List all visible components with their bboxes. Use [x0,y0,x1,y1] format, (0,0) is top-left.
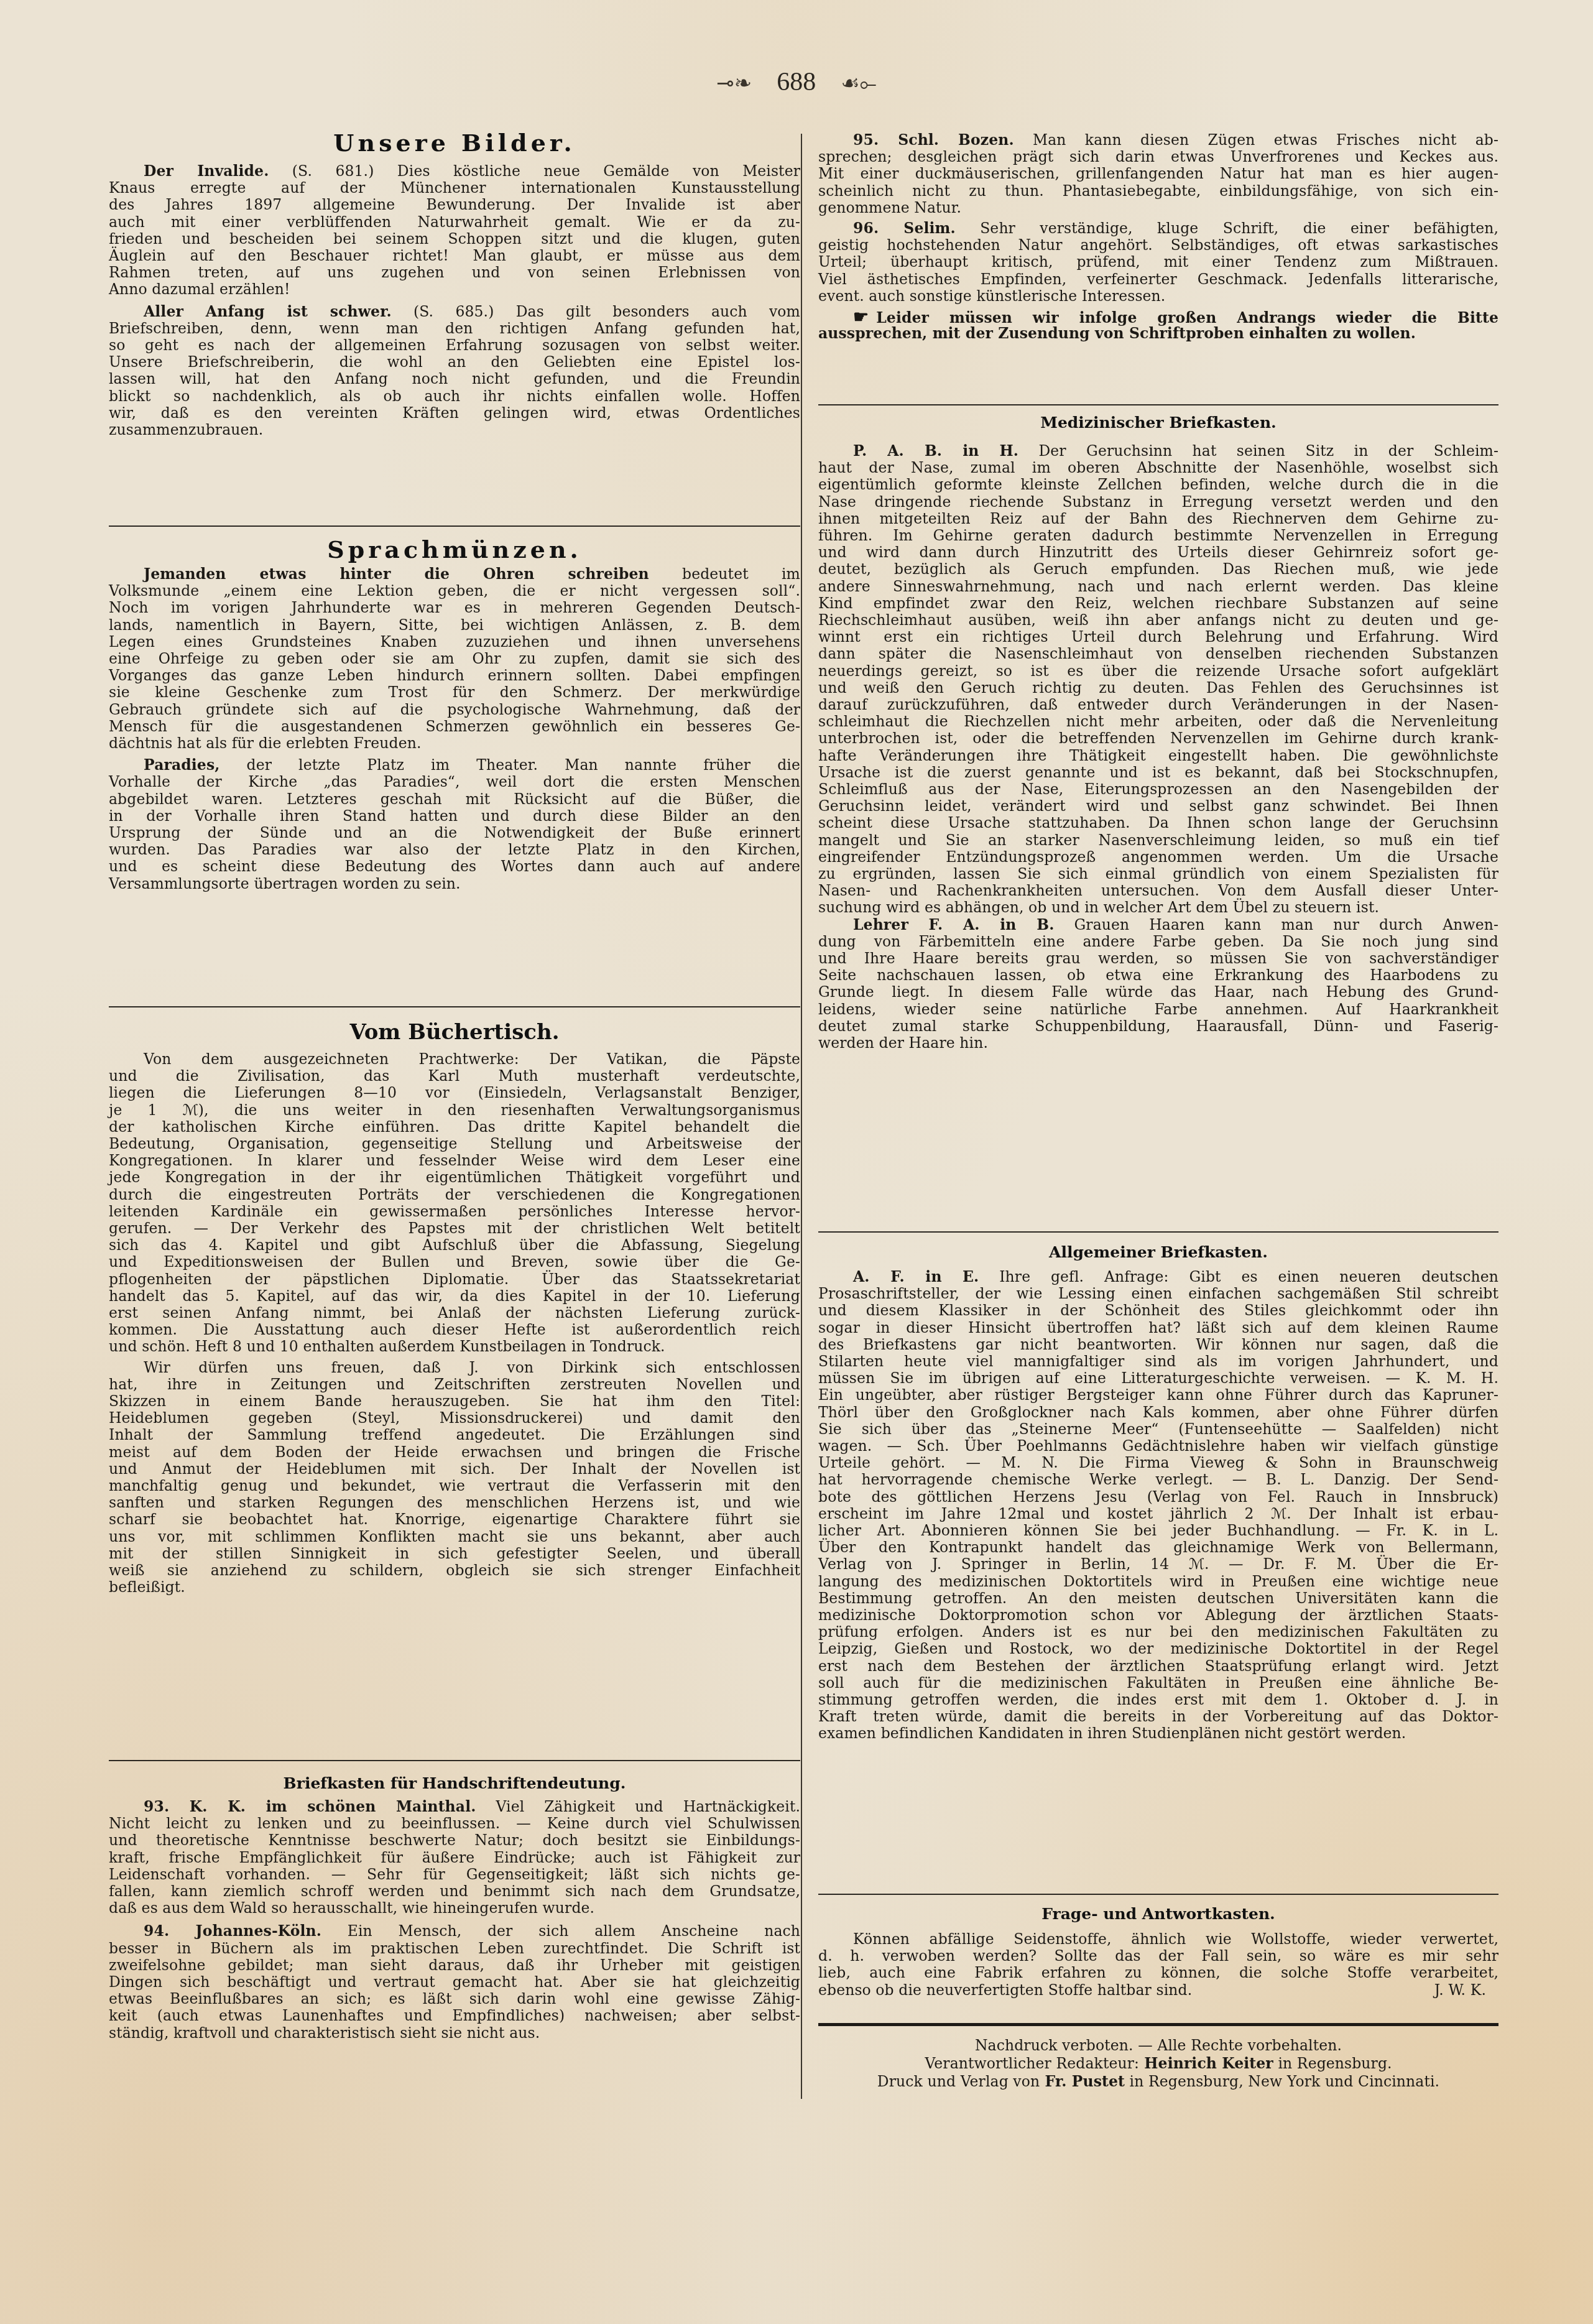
text-line: Leipzig, Gießen und Rostock, wo der medi… [818,1641,1498,1657]
line-text: des Jahres 1897 allgemeine Bewunderung. … [109,196,800,213]
line-text: mangelt und Sie an starker Nasenverschle… [818,831,1498,849]
line-text: eine Ohrfeige zu geben oder sie am Ohr z… [109,650,800,667]
text-line: und schön. Heft 8 und 10 enthalten außer… [109,1338,800,1355]
text-line: 95. Schl. Bozen. Man kann diesen Zügen e… [818,132,1498,149]
text-line: zweifelsohne gebildet; man sieht daraus,… [109,1957,800,1974]
line-text: Kind empfindet zwar den Reiz, welchen ri… [818,595,1498,612]
text-line: haut der Nase, zumal im oberen Abschnitt… [818,460,1498,476]
line-text: Stilarten heute viel mannigfaltiger sind… [818,1353,1498,1370]
text-line: handelt das 5. Kapitel, auf das wir, da … [109,1288,800,1305]
line-text: Versammlungsorte übertragen worden zu se… [109,875,461,892]
text-line: und Anmut der Heideblumen mit sich. Der … [109,1461,800,1478]
line-text: lieb, auch eine Fabrik erfahren zu könne… [818,1964,1498,1981]
section-rule [109,1006,800,1007]
line-text: des Briefkastens gar nicht beantworten. … [818,1336,1498,1353]
line-text: Sie sich über das „Steinerne Meer“ (Funt… [818,1420,1498,1438]
line-text: medizinische Doktorpromotion schon vor A… [818,1606,1498,1624]
text-line: Bedeutung, Organisation, gegenseitige St… [109,1136,800,1152]
text-line: stimmung getroffen werden, die indes ers… [818,1692,1498,1708]
text-line: soll auch für die medizinischen Fakultät… [818,1675,1498,1692]
line-text: eigentümlich geformte kleinste Zellchen … [818,476,1498,493]
text-line: geistig hochstehenden Natur angehört. Se… [818,237,1498,254]
line-text: frieden und bescheiden bei seinem Schopp… [109,230,800,248]
text-line: ebenso ob die neuverfertigten Stoffe hal… [818,1982,1498,1999]
line-text: besser in Büchern als im praktischen Leb… [109,1940,800,1957]
line-text: (S. 685.) Das gilt besonders auch vom [413,303,800,320]
text-line: kommen. Die Ausstattung auch dieser Heft… [109,1322,800,1338]
line-text: Noch im vorigen Jahrhunderte war es in m… [109,599,800,616]
page-number: ⊸❧688☙⟜ [0,67,1593,97]
text-line: liegen die Lieferungen 8—10 vor (Einsied… [109,1085,800,1101]
text-line: Geruchsinn leidet, verändert wird und se… [818,798,1498,815]
line-text: führen. Im Gehirne geraten dadurch besti… [818,527,1498,544]
line-text: Knaus erregte auf der Münchener internat… [109,179,800,197]
line-text: Dingen sich beschäftigt und vertraut gem… [109,1973,800,1991]
entry-lead: P. A. B. in H. [853,442,1018,460]
text-line: müssen Sie im übrigen auf eine Litteratu… [818,1370,1498,1387]
line-text: kommen. Die Ausstattung auch dieser Heft… [109,1321,800,1338]
line-text: Äuglein auf den Beschauer richtet! Man g… [109,247,800,264]
line-text: sogar in dieser Hinsicht übertroffen hat… [818,1319,1498,1336]
text-line: keit (auch etwas Launenhaftes und Empfin… [109,2007,800,2024]
line-text: liegen die Lieferungen 8—10 vor (Einsied… [109,1084,800,1101]
line-text: und Anmut der Heideblumen mit sich. Der … [109,1460,800,1478]
line-text: deutet, bezüglich als Geruch empfunden. … [818,560,1498,578]
line-text: darauf zurückzuführen, daß entweder durc… [818,696,1498,713]
text-line: Seite nachschauen lassen, ob etwa eine E… [818,967,1498,984]
text-line: und es scheint diese Bedeutung des Worte… [109,858,800,875]
line-text: (S. 681.) Dies köstliche neue Gemälde vo… [292,162,800,180]
line-text: Wir dürfen uns freuen, daß J. von Dirkin… [144,1359,800,1376]
text-line: Jemanden etwas hinter die Ohren schreibe… [109,566,800,583]
line-text: pflogenheiten der päpstlichen Diplomatie… [109,1271,800,1288]
text-line: mit der stillen Sinnigkeit in sich gefes… [109,1545,800,1562]
text-line: in der Vorhalle ihren Stand hatten und d… [109,808,800,825]
text-line: blickt so nachdenklich, als ob auch ihr … [109,388,800,405]
line-text: und Ihre Haare bereits grau werden, so m… [818,950,1498,967]
text-line: erscheint im Jahre 12mal und kostet jähr… [818,1506,1498,1522]
text-line: fallen, kann ziemlich schroff werden und… [109,1883,800,1900]
line-text: Ursache ist die zuerst genannte und ist … [818,764,1498,781]
section-rule [818,1231,1498,1233]
text-line: Nicht leicht zu lenken und zu beeinfluss… [109,1815,800,1832]
text-line: ständig, kraftvoll und charakteristisch … [109,2025,800,2042]
text-line: bote des göttlichen Herzens Jesu (Verlag… [818,1489,1498,1506]
line-text: Nasen- und Rachenkrankheiten untersuchen… [818,882,1498,899]
line-text: stimmung getroffen werden, die indes ers… [818,1691,1498,1708]
line-text: Ursprung der Sünde und an die Notwendigk… [109,824,800,841]
line-text: Unsere Briefschreiberin, die wohl an den… [109,353,800,371]
line-text: unterbrochen ist, oder die betreffenden … [818,729,1498,747]
entry-lead: Paradies, [144,756,220,774]
text-line: Kind empfindet zwar den Reiz, welchen ri… [818,595,1498,612]
line-text: dächtnis hat als für die erlebten Freude… [109,734,421,752]
line-text: suchung wird es abhängen, ob und in welc… [818,899,1379,916]
text-line: Rahmen treten, auf uns zugehen und von s… [109,264,800,281]
line-text: dann später die Nasenschleimhaut von den… [818,645,1498,662]
line-text: lassen will, hat den Anfang noch nicht g… [109,370,800,387]
text-line: sogar in dieser Hinsicht übertroffen hat… [818,1320,1498,1336]
entry-lead: 94. Johannes-Köln. [144,1922,321,1940]
text-line: dächtnis hat als für die erlebten Freude… [109,735,800,752]
text-line: Leidenschaft vorhanden. — Sehr für Gegen… [109,1866,800,1883]
line-text: meist auf dem Boden der Heide erwachsen … [109,1443,800,1461]
text-line: Urteil; überhaupt kritisch, prüfend, mit… [818,254,1498,271]
line-text: Von dem ausgezeichneten Prachtwerke: Der… [144,1050,800,1068]
line-text: der katholischen Kirche einführen. Das d… [109,1118,800,1136]
text-line: und Ihre Haare bereits grau werden, so m… [818,950,1498,967]
text-line: Aller Anfang ist schwer. (S. 685.) Das g… [109,303,800,320]
text-line: so geht es nach der allgemeinen Erfahrun… [109,337,800,354]
entry-lead: Jemanden etwas hinter die Ohren schreibe… [144,565,649,583]
imprint-text: in Regensburg. [1273,2055,1392,2072]
text-line: scharf sie beobachtet hat. Knorrige, eig… [109,1511,800,1528]
text-line: lieb, auch eine Fabrik erfahren zu könne… [818,1965,1498,1981]
text-line: P. A. B. in H. Der Geruchsinn hat seinen… [818,443,1498,460]
text-line: medizinische Doktorpromotion schon vor A… [818,1607,1498,1624]
text-line: Über den Kontrapunkt handelt das gleichn… [818,1539,1498,1556]
imprint-text: Druck und Verlag von [877,2073,1040,2090]
text-line: langung des medizinischen Doktortitels w… [818,1573,1498,1590]
notice-line: aussprechen, mit der Zusendung von Schri… [818,325,1498,342]
line-text: ebenso ob die neuverfertigten Stoffe hal… [818,1981,1192,1999]
text-line: 93. K. K. im schönen Mainthal. Viel Zähi… [109,1799,800,1815]
text-line: darauf zurückzuführen, daß entweder durc… [818,697,1498,713]
line-text: Anno dazumal erzählen! [109,280,290,298]
line-text: Prosaschriftsteller, der wie Lessing ein… [818,1285,1498,1302]
section-rule [818,2023,1498,2026]
text-line: der katholischen Kirche einführen. Das d… [109,1119,800,1136]
line-text: handelt das 5. Kapitel, auf das wir, da … [109,1287,800,1305]
line-text: der letzte Platz im Theater. Man nannte … [247,756,800,774]
text-line: besser in Büchern als im praktischen Leb… [109,1940,800,1957]
text-line: d. h. verwoben werden? Sollte das der Fa… [818,1948,1498,1965]
text-line: hafte Veränderungen ihre Thätigkeit eing… [818,748,1498,764]
text-line: gerufen. — Der Verkehr des Papstes mit d… [109,1220,800,1237]
line-text: Können abfällige Seidenstoffe, ähnlich w… [853,1930,1498,1948]
text-line: Lehrer F. A. in B. Grauen Haaren kann ma… [818,917,1498,933]
text-line: Stilarten heute viel mannigfaltiger sind… [818,1353,1498,1370]
line-text: müssen Sie im übrigen auf eine Litteratu… [818,1369,1498,1387]
imprint-text: Verantwortlicher Redakteur: [925,2055,1139,2072]
line-text: deutet zumal starke Schuppenbildung, Haa… [818,1017,1498,1035]
text-line: Briefschreiben, denn, wenn man den richt… [109,320,800,337]
line-text: Ein ungeübter, aber rüstiger Bergsteiger… [818,1386,1498,1404]
line-text: erscheint im Jahre 12mal und kostet jähr… [818,1505,1498,1522]
line-text: neuerdings gereizt, so ist es über die r… [818,662,1498,680]
text-line: Skizzen in einem Bande herauszugeben. Si… [109,1393,800,1410]
line-text: und wird dann durch Hinzutritt des Urtei… [818,544,1498,561]
line-text: Bedeutung, Organisation, gegenseitige St… [109,1135,800,1152]
text-line: leitenden Kardinäle ein gewissermaßen pe… [109,1203,800,1220]
line-text: uns vor, mit schlimmen Konflikten macht … [109,1528,800,1545]
entry-lead: 93. K. K. im schönen Mainthal. [144,1798,476,1815]
entry-lead: 95. Schl. Bozen. [853,131,1014,149]
text-line: sanften und starken Regungen des menschl… [109,1494,800,1511]
imprint-text: in Regensburg, New York und Cincinnati. [1125,2073,1439,2090]
line-text: und theoretische Kenntnisse beschwerte N… [109,1831,800,1849]
line-text: Man kann diesen Zügen etwas Frisches nic… [1033,131,1498,149]
line-text: Schleimfluß aus der Nase, Eiterungsproze… [818,780,1498,798]
entry-lead: Aller Anfang ist schwer. [144,303,392,320]
line-text: langung des medizinischen Doktortitels w… [818,1573,1498,1590]
line-text: Volksmunde „einem eine Lektion geben, di… [109,582,800,600]
section-heading: Vom Büchertisch. [109,1019,800,1046]
section-heading: Briefkasten für Handschriftendeutung. [109,1772,800,1795]
line-text: Heideblumen gegeben (Steyl, Missionsdruc… [109,1409,800,1427]
section-rule [109,525,800,527]
line-text: Der Geruchsinn hat seinen Sitz in der Sc… [1038,442,1498,460]
text-line: prüfung erfolgen. Anders ist es nur bei … [818,1624,1498,1641]
line-text: je 1 ℳ), die uns weiter in den riesenhaf… [109,1101,800,1119]
text-line: Dingen sich beschäftigt und vertraut gem… [109,1974,800,1991]
line-text: lands, namentlich in Bayern, Sitte, bei … [109,616,800,634]
line-text: leitenden Kardinäle ein gewissermaßen pe… [109,1203,800,1220]
text-line: leidens, wieder seine natürliche Farbe a… [818,1001,1498,1018]
text-line: durch die eingestreuten Porträts der ver… [109,1187,800,1203]
text-line: dung von Färbemitteln eine andere Farbe … [818,933,1498,950]
line-text: winnt erst ein richtiges Urteil durch Be… [818,628,1498,646]
entry-lead: Lehrer F. A. in B. [853,916,1054,933]
line-text: Über den Kontrapunkt handelt das gleichn… [818,1539,1498,1556]
text-line: zu ergründen, lassen Sie sich einmal grü… [818,866,1498,882]
line-text: jede Kongregation in der ihr eigentümlic… [109,1169,800,1186]
text-line: eigentümlich geformte kleinste Zellchen … [818,476,1498,493]
line-text: geistig hochstehenden Natur angehört. Se… [818,236,1498,254]
text-line: genommene Natur. [818,200,1498,216]
notice-text: aussprechen, mit der Zusendung von Schri… [818,325,1416,342]
text-line: Volksmunde „einem eine Lektion geben, di… [109,583,800,600]
line-text: Skizzen in einem Bande herauszugeben. Si… [109,1392,800,1410]
line-text: prüfung erfolgen. Anders ist es nur bei … [818,1623,1498,1641]
text-line: Prosaschriftsteller, der wie Lessing ein… [818,1285,1498,1302]
text-line: hat, ihre in Zeitungen und Zeitschriften… [109,1376,800,1393]
line-text: schleimhaut die Riechzellen nicht mehr a… [818,713,1498,730]
line-text: sanften und starken Regungen des menschl… [109,1494,800,1511]
line-text: Vorhalle der Kirche „das Paradies“, weil… [109,773,800,790]
ornament-left-icon: ⊸❧ [716,72,752,95]
text-line: schleimhaut die Riechzellen nicht mehr a… [818,713,1498,730]
text-line: Bestimmung getroffen. An den meisten deu… [818,1590,1498,1607]
line-text: Nicht leicht zu lenken und zu beeinfluss… [109,1815,800,1832]
text-line: Wir dürfen uns freuen, daß J. von Dirkin… [109,1359,800,1376]
line-text: Thörl über den Großglockner nach Kals ko… [818,1404,1498,1421]
line-text: Kraft treten würde, damit die bereits in… [818,1708,1498,1725]
signature: J. W. K. [1434,1982,1486,1999]
pointing-hand-icon: ☛ [853,308,869,325]
line-text: gerufen. — Der Verkehr des Papstes mit d… [109,1220,800,1237]
line-text: Leipzig, Gießen und Rostock, wo der medi… [818,1640,1498,1657]
text-line: deutet, bezüglich als Geruch empfunden. … [818,561,1498,578]
line-text: wir, daß es den vereinten Kräften geling… [109,404,800,422]
text-line: eine Ohrfeige zu geben oder sie am Ohr z… [109,650,800,667]
text-line: Können abfällige Seidenstoffe, ähnlich w… [818,1931,1498,1948]
line-text: wagen. — Sch. Über Poehlmanns Gedächtnis… [818,1437,1498,1455]
text-line: Ursprung der Sünde und an die Notwendigk… [109,825,800,841]
line-text: scheinlich nicht zu thun. Phantasiebegab… [818,182,1498,200]
text-line: Mit einer duckmäuserischen, grillenfange… [818,165,1498,182]
text-line: und weiß den Geruch richtig zu deuten. D… [818,680,1498,697]
line-text: Mensch für die ausgestandenen Schmerzen … [109,718,800,735]
line-text: etwas Beeinflußbares an sich; es läßt si… [109,1990,800,2007]
line-text: mit der stillen Sinnigkeit in sich gefes… [109,1545,800,1562]
text-line: erst nach dem Bestehen der ärztlichen St… [818,1658,1498,1675]
text-line: und wird dann durch Hinzutritt des Urtei… [818,544,1498,561]
line-text: Leidenschaft vorhanden. — Sehr für Gegen… [109,1866,800,1883]
text-line: Knaus erregte auf der Münchener internat… [109,180,800,197]
line-text: zweifelsohne gebildet; man sieht daraus,… [109,1956,800,1974]
text-line: Äuglein auf den Beschauer richtet! Man g… [109,248,800,264]
line-text: und diesem Klassiker in der Schönheit de… [818,1302,1498,1319]
text-line: Urteile gehört. — M. N. Die Firma Vieweg… [818,1455,1498,1471]
line-text: sie kleine Geschenke zum Trost für den S… [109,683,800,701]
text-line: Von dem ausgezeichneten Prachtwerke: Der… [109,1051,800,1068]
line-text: erst nach dem Bestehen der ärztlichen St… [818,1657,1498,1675]
line-text: Nase dringende riechende Substanz in Err… [818,493,1498,511]
text-line: Schleimfluß aus der Nase, Eiterungsproze… [818,781,1498,798]
line-text: und es scheint diese Bedeutung des Worte… [109,858,800,875]
line-text: Legen eines Grundsteines Knaben zuzuzieh… [109,633,800,650]
text-line: führen. Im Gehirne geraten dadurch besti… [818,527,1498,544]
section-heading: Sprachmünzen. [109,536,800,563]
text-line: des Jahres 1897 allgemeine Bewunderung. … [109,197,800,213]
text-line: Inhalt der Sammlung treffend angedeutet.… [109,1427,800,1443]
section-rule [109,1760,800,1761]
text-line: A. F. in E. Ihre gefl. Anfrage: Gibt es … [818,1269,1498,1285]
text-line: Mensch für die ausgestandenen Schmerzen … [109,718,800,735]
line-text: fallen, kann ziemlich schroff werden und… [109,1882,800,1900]
section-rule [818,1894,1498,1895]
text-line: scheinlich nicht zu thun. Phantasiebegab… [818,183,1498,200]
text-line: sich das 4. Kapitel und gibt Aufschluß ü… [109,1237,800,1254]
text-line: Vorganges das ganze Leben hindurch erinn… [109,667,800,684]
text-line: Der Invalide. (S. 681.) Dies köstliche n… [109,163,800,180]
text-line: hat hervorragende chemische Werke verleg… [818,1471,1498,1488]
text-line: lassen will, hat den Anfang noch nicht g… [109,371,800,387]
line-text: Bestimmung getroffen. An den meisten deu… [818,1590,1498,1607]
text-line: Noch im vorigen Jahrhunderte war es in m… [109,600,800,616]
text-line: auch mit einer verblüffenden Naturwahrhe… [109,214,800,231]
imprint-line-2: Verantwortlicher Redakteur: Heinrich Kei… [818,2055,1498,2072]
text-line: andere Sinneswahrnehmung, nach und nach … [818,578,1498,595]
text-line: Thörl über den Großglockner nach Kals ko… [818,1404,1498,1421]
line-text: Briefschreiben, denn, wenn man den richt… [109,320,800,337]
line-text: genommene Natur. [818,199,961,216]
text-line: ihnen mitgeteilten Reiz auf der Bahn des… [818,511,1498,527]
notice-line: ☛Leider müssen wir infolge großen Andran… [818,308,1498,325]
line-text: zu ergründen, lassen Sie sich einmal grü… [818,865,1498,882]
line-text: Viel Zähigkeit und Hartnäckigkeit. [496,1798,800,1815]
imprint-line-3: Druck und Verlag von Fr. Pustet in Regen… [818,2073,1498,2090]
text-line: Nasen- und Rachenkrankheiten untersuchen… [818,882,1498,899]
text-line: Ein ungeübter, aber rüstiger Bergsteiger… [818,1387,1498,1404]
line-text: eingreifender Entzündungsprozeß angenomm… [818,848,1498,866]
publisher-name: Fr. Pustet [1040,2073,1125,2090]
text-line: Sie sich über das „Steinerne Meer“ (Funt… [818,1421,1498,1438]
text-line: examen befindlichen Kandidaten in ihren … [818,1725,1498,1742]
line-text: Kongregationen. In klarer und fesselnder… [109,1152,800,1169]
text-line: und die Zivilisation, das Karl Muth must… [109,1068,800,1085]
line-text: bote des göttlichen Herzens Jesu (Verlag… [818,1488,1498,1506]
text-line: des Briefkastens gar nicht beantworten. … [818,1336,1498,1353]
line-text: keit (auch etwas Launenhaftes und Empfin… [109,2007,800,2024]
text-line: mangelt und Sie an starker Nasenverschle… [818,832,1498,849]
line-text: soll auch für die medizinischen Fakultät… [818,1674,1498,1692]
line-text: dung von Färbemitteln eine andere Farbe … [818,933,1498,950]
text-line: Unsere Briefschreiberin, die wohl an den… [109,354,800,371]
line-text: Rahmen treten, auf uns zugehen und von s… [109,264,800,281]
line-text: und weiß den Geruch richtig zu deuten. D… [818,679,1498,697]
entry-lead: Der Invalide. [144,162,269,180]
text-line: Ursache ist die zuerst genannte und ist … [818,764,1498,781]
line-text: scharf sie beobachtet hat. Knorrige, eig… [109,1511,800,1528]
text-line: dann später die Nasenschleimhaut von den… [818,646,1498,662]
imprint-line-1: Nachdruck verboten. — Alle Rechte vorbeh… [818,2037,1498,2054]
line-text: scheint diese Ursache stattzuhaben. Da I… [818,814,1498,831]
line-text: wurden. Das Paradies war also der letzte… [109,841,800,858]
text-line: 96. Selim. Sehr verständige, kluge Schri… [818,220,1498,237]
line-text: und schön. Heft 8 und 10 enthalten außer… [109,1338,665,1355]
line-text: Viel ästhetisches Empfinden, verfeinerte… [818,271,1498,288]
text-line: event. auch sonstige künstlerische Inter… [818,288,1498,305]
section-heading: Allgemeiner Briefkasten. [818,1241,1498,1264]
ornament-right-icon: ☙⟜ [841,72,877,95]
text-line: Nase dringende riechende Substanz in Err… [818,494,1498,511]
line-text: Sehr verständige, kluge Schrift, die ein… [980,220,1498,237]
text-line: winnt erst ein richtiges Urteil durch Be… [818,629,1498,646]
text-line: und Expeditionsweisen der Bullen und Bre… [109,1254,800,1271]
line-text: auch mit einer verblüffenden Naturwahrhe… [109,213,800,231]
line-text: zusammenzubrauen. [109,421,263,438]
text-line: Kraft treten würde, damit die bereits in… [818,1708,1498,1725]
text-line: frieden und bescheiden bei seinem Schopp… [109,231,800,248]
text-line: Legen eines Grundsteines Knaben zuzuzieh… [109,634,800,650]
text-line: Anno dazumal erzählen! [109,281,800,298]
line-text: Vorganges das ganze Leben hindurch erinn… [109,667,800,684]
line-text: Riechschleimhaut ausüben, weiß ihn aber … [818,611,1498,629]
line-text: Seite nachschauen lassen, ob etwa eine E… [818,966,1498,984]
text-line: meist auf dem Boden der Heide erwachsen … [109,1444,800,1461]
column-divider [801,134,802,2099]
line-text: durch die eingestreuten Porträts der ver… [109,1186,800,1203]
line-text: hafte Veränderungen ihre Thätigkeit eing… [818,747,1498,764]
line-text: andere Sinneswahrnehmung, nach und nach … [818,578,1498,595]
text-line: daß es aus dem Wald so herausschallt, wi… [109,1900,800,1917]
text-line: etwas Beeinflußbares an sich; es läßt si… [109,1991,800,2007]
line-text: kraft, frische Empfänglichkeit für äußer… [109,1849,800,1866]
line-text: Urteil; überhaupt kritisch, prüfend, mit… [818,253,1498,271]
text-line: befleißigt. [109,1579,800,1596]
text-line: jede Kongregation in der ihr eigentümlic… [109,1169,800,1186]
line-text: daß es aus dem Wald so herausschallt, wi… [109,1899,594,1917]
section-heading: Frage- und Antwortkasten. [818,1903,1498,1925]
text-line: Paradies, der letzte Platz im Theater. M… [109,757,800,774]
line-text: examen befindlichen Kandidaten in ihren … [818,1724,1406,1742]
text-line: sie kleine Geschenke zum Trost für den S… [109,684,800,701]
line-text: Mit einer duckmäuserischen, grillenfange… [818,165,1498,182]
text-line: zusammenzubrauen. [109,422,800,438]
text-line: scheint diese Ursache stattzuhaben. Da I… [818,815,1498,831]
text-line: Kongregationen. In klarer und fesselnder… [109,1152,800,1169]
text-line: erst seinen Anfang nimmt, bei Anlaß der … [109,1305,800,1322]
line-text: so geht es nach der allgemeinen Erfahrun… [109,336,800,354]
text-line: Riechschleimhaut ausüben, weiß ihn aber … [818,612,1498,629]
line-text: ständig, kraftvoll und charakteristisch … [109,2024,540,2042]
line-text: erst seinen Anfang nimmt, bei Anlaß der … [109,1304,800,1322]
text-line: Viel ästhetisches Empfinden, verfeinerte… [818,271,1498,288]
text-line: licher Art. Abonnieren können Sie bei je… [818,1522,1498,1539]
text-line: 94. Johannes-Köln. Ein Mensch, der sich … [109,1923,800,1940]
